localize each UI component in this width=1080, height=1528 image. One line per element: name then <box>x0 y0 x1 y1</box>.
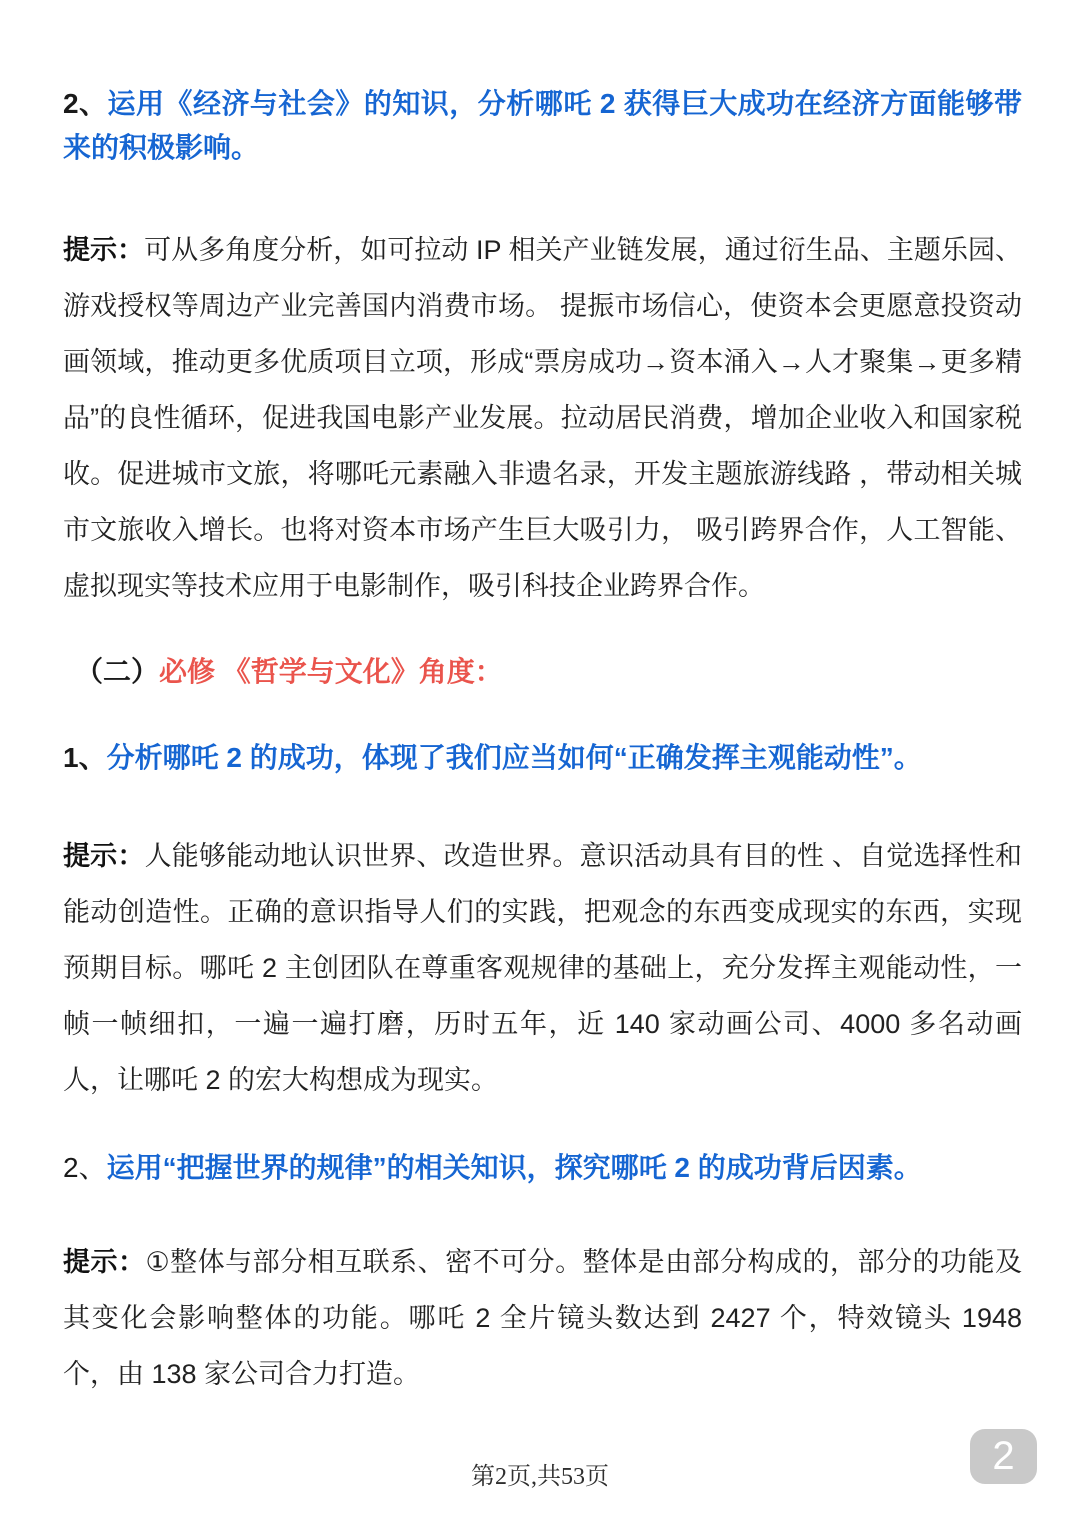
hint-paragraph-economic: 提示：可从多角度分析，如可拉动 IP 相关产业链发展，通过衍生品、主题乐园、游戏… <box>63 222 1022 614</box>
hint-text: ①整体与部分相互联系、密不可分。整体是由部分构成的，部分的功能及其变化会影响整体… <box>63 1247 1022 1389</box>
question-text: 运用《经济与社会》的知识，分析哪吒 2 获得巨大成功在经济方面能够带来的积极影响… <box>63 88 1022 163</box>
page-number-badge: 2 <box>970 1429 1037 1484</box>
question-number: 1、 <box>63 742 107 773</box>
hint-label: 提示： <box>63 841 145 871</box>
section-title: 必修 《哲学与文化》角度： <box>159 656 503 687</box>
page-indicator: 第2页,共53页 <box>0 1456 1080 1491</box>
hint-paragraph-philosophy-1: 提示：人能够能动地认识世界、改造世界。意识活动具有目的性 、自觉选择性和能动创造… <box>63 828 1022 1108</box>
question-economic-heading: 2、运用《经济与社会》的知识，分析哪吒 2 获得巨大成功在经济方面能够带来的积极… <box>63 82 1022 170</box>
hint-label: 提示： <box>63 1247 145 1277</box>
section-number: （二） <box>75 656 159 687</box>
question-philosophy-1-heading: 1、分析哪吒 2 的成功，体现了我们应当如何“正确发挥主观能动性”。 <box>63 736 1022 780</box>
question-number: 2、 <box>63 88 108 119</box>
question-text: 分析哪吒 2 的成功，体现了我们应当如何“正确发挥主观能动性”。 <box>107 742 922 773</box>
question-philosophy-2-heading: 2、运用“把握世界的规律”的相关知识，探究哪吒 2 的成功背后因素。 <box>63 1146 1022 1190</box>
question-text: 运用“把握世界的规律”的相关知识，探究哪吒 2 的成功背后因素。 <box>107 1152 922 1183</box>
question-number: 2、 <box>63 1152 107 1183</box>
section-heading-philosophy: （二）必修 《哲学与文化》角度： <box>75 650 1022 694</box>
document-page: 2、运用《经济与社会》的知识，分析哪吒 2 获得巨大成功在经济方面能够带来的积极… <box>0 0 1080 1528</box>
hint-paragraph-philosophy-2: 提示：①整体与部分相互联系、密不可分。整体是由部分构成的，部分的功能及其变化会影… <box>63 1234 1022 1402</box>
hint-label: 提示： <box>63 235 144 265</box>
hint-text: 人能够能动地认识世界、改造世界。意识活动具有目的性 、自觉选择性和能动创造性。正… <box>63 841 1022 1095</box>
hint-text: 可从多角度分析，如可拉动 IP 相关产业链发展，通过衍生品、主题乐园、游戏授权等… <box>63 235 1022 601</box>
